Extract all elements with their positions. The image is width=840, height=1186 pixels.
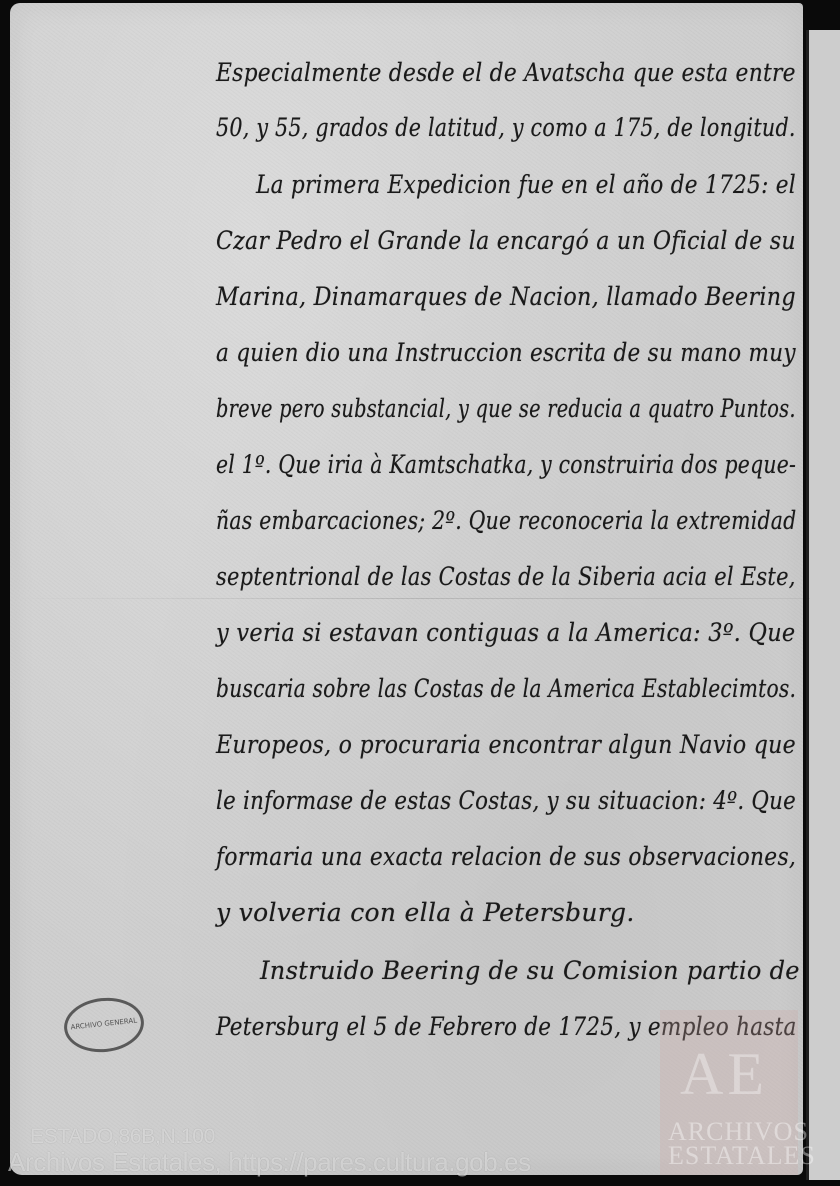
text-line: y volveria con ella à Petersburg. <box>216 898 635 927</box>
text-line: Czar Pedro el Grande la encargó a un Ofi… <box>216 226 796 255</box>
archive-name-watermark: ARCHIVOS ESTATALES <box>668 1120 816 1168</box>
stamp-text: ARCHIVO GENERAL <box>70 1018 137 1033</box>
text-line: septentrional de las Costas de la Siberi… <box>216 562 796 591</box>
adjacent-page-edge <box>806 30 840 1180</box>
text-line: 50, y 55, grados de latitud, y como a 17… <box>216 113 796 142</box>
archive-reference-code: ESTADO,86B,N.100 <box>30 1125 215 1149</box>
watermark-line-2: ESTATALES <box>668 1144 816 1168</box>
manuscript-scan: Especialmente desde el de Avatscha que e… <box>0 0 840 1186</box>
text-line: le informase de estas Costas, y su situa… <box>216 786 796 815</box>
text-line: ñas embarcaciones; 2º. Que reconoceria l… <box>216 506 796 535</box>
archive-source-credit: Archivos Estatales, https://pares.cultur… <box>8 1147 531 1178</box>
paragraph-start-line: Instruido Beering de su Comision partio … <box>260 956 800 985</box>
text-line: Marina, Dinamarques de Nacion, llamado B… <box>216 282 796 311</box>
text-line: a quien dio una Instruccion escrita de s… <box>216 338 796 367</box>
text-line: el 1º. Que iria à Kamtschatka, y constru… <box>216 450 796 479</box>
text-line: y veria si estavan contiguas a la Americ… <box>216 618 796 647</box>
text-line: breve pero substancial, y que se reducia… <box>216 394 796 423</box>
archive-logo-watermark: AE <box>680 1040 768 1109</box>
page-fold-line <box>10 598 810 599</box>
text-line: Europeos, o procuraria encontrar algun N… <box>216 730 796 759</box>
text-line: Especialmente desde el de Avatscha que e… <box>216 58 796 87</box>
text-line: formaria una exacta relacion de sus obse… <box>216 842 796 871</box>
text-line: buscaria sobre las Costas de la America … <box>216 674 796 703</box>
paragraph-start-line: La primera Expedicion fue en el año de 1… <box>256 170 796 199</box>
